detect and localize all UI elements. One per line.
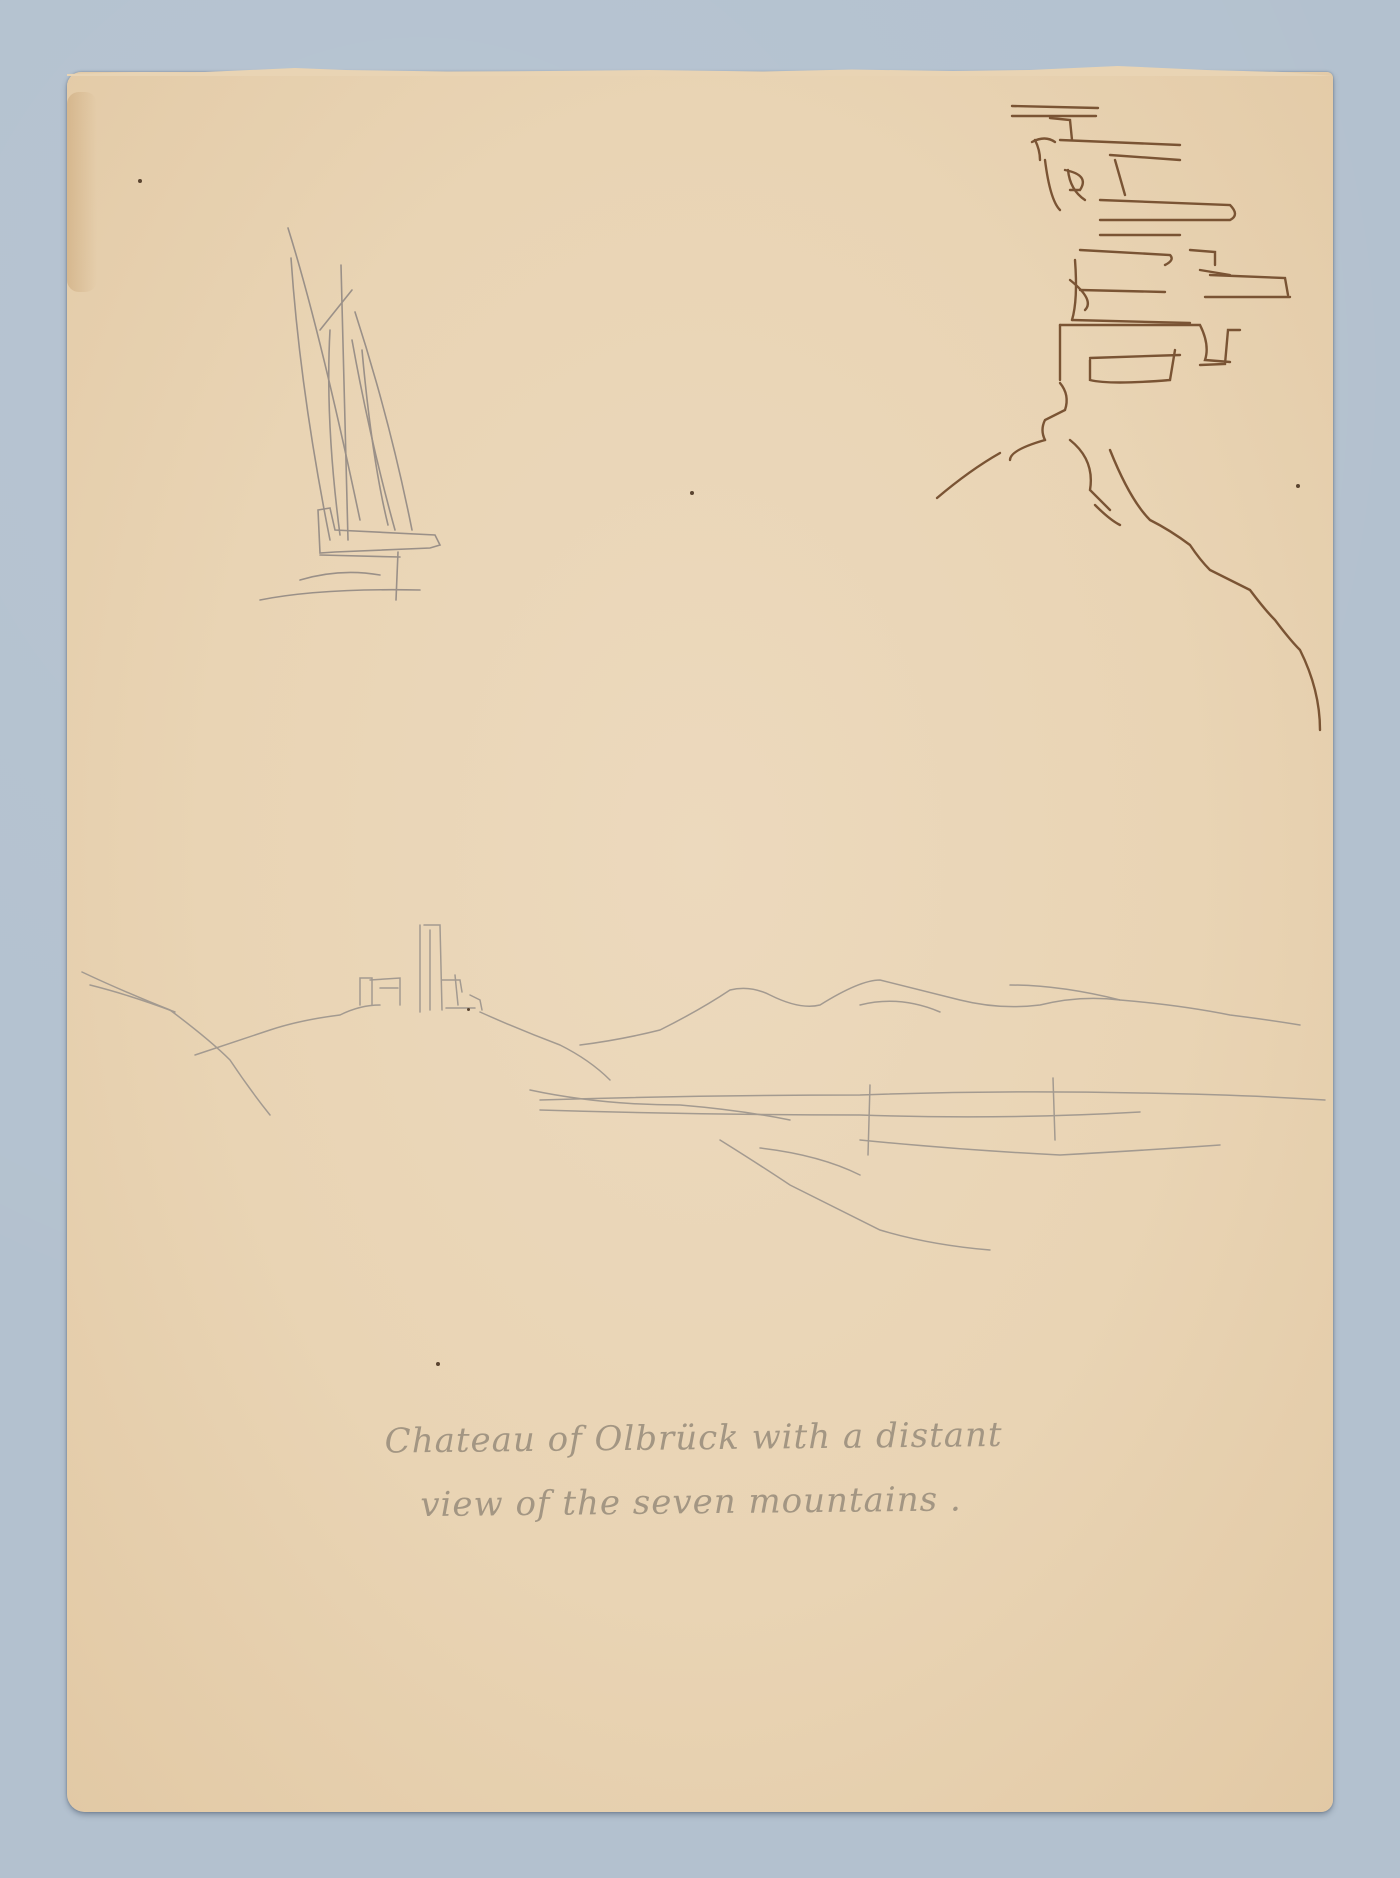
- landscape-sketch: [82, 925, 1325, 1250]
- castle-cliff-sketch: [937, 106, 1320, 730]
- sketch-drawings: [0, 0, 1400, 1878]
- handwritten-caption: Chateau of Olbrück with a distant view o…: [384, 1401, 1245, 1538]
- ink-spot: [436, 1362, 440, 1366]
- caption-line-2: view of the seven mountains .: [385, 1464, 1246, 1537]
- ink-spot: [690, 491, 694, 495]
- ink-spot: [138, 179, 142, 183]
- caption-line-1: Chateau of Olbrück with a distant: [384, 1401, 1245, 1474]
- ink-spot: [467, 1008, 470, 1011]
- sailboat-sketch: [260, 228, 440, 600]
- ink-spot: [1296, 484, 1300, 488]
